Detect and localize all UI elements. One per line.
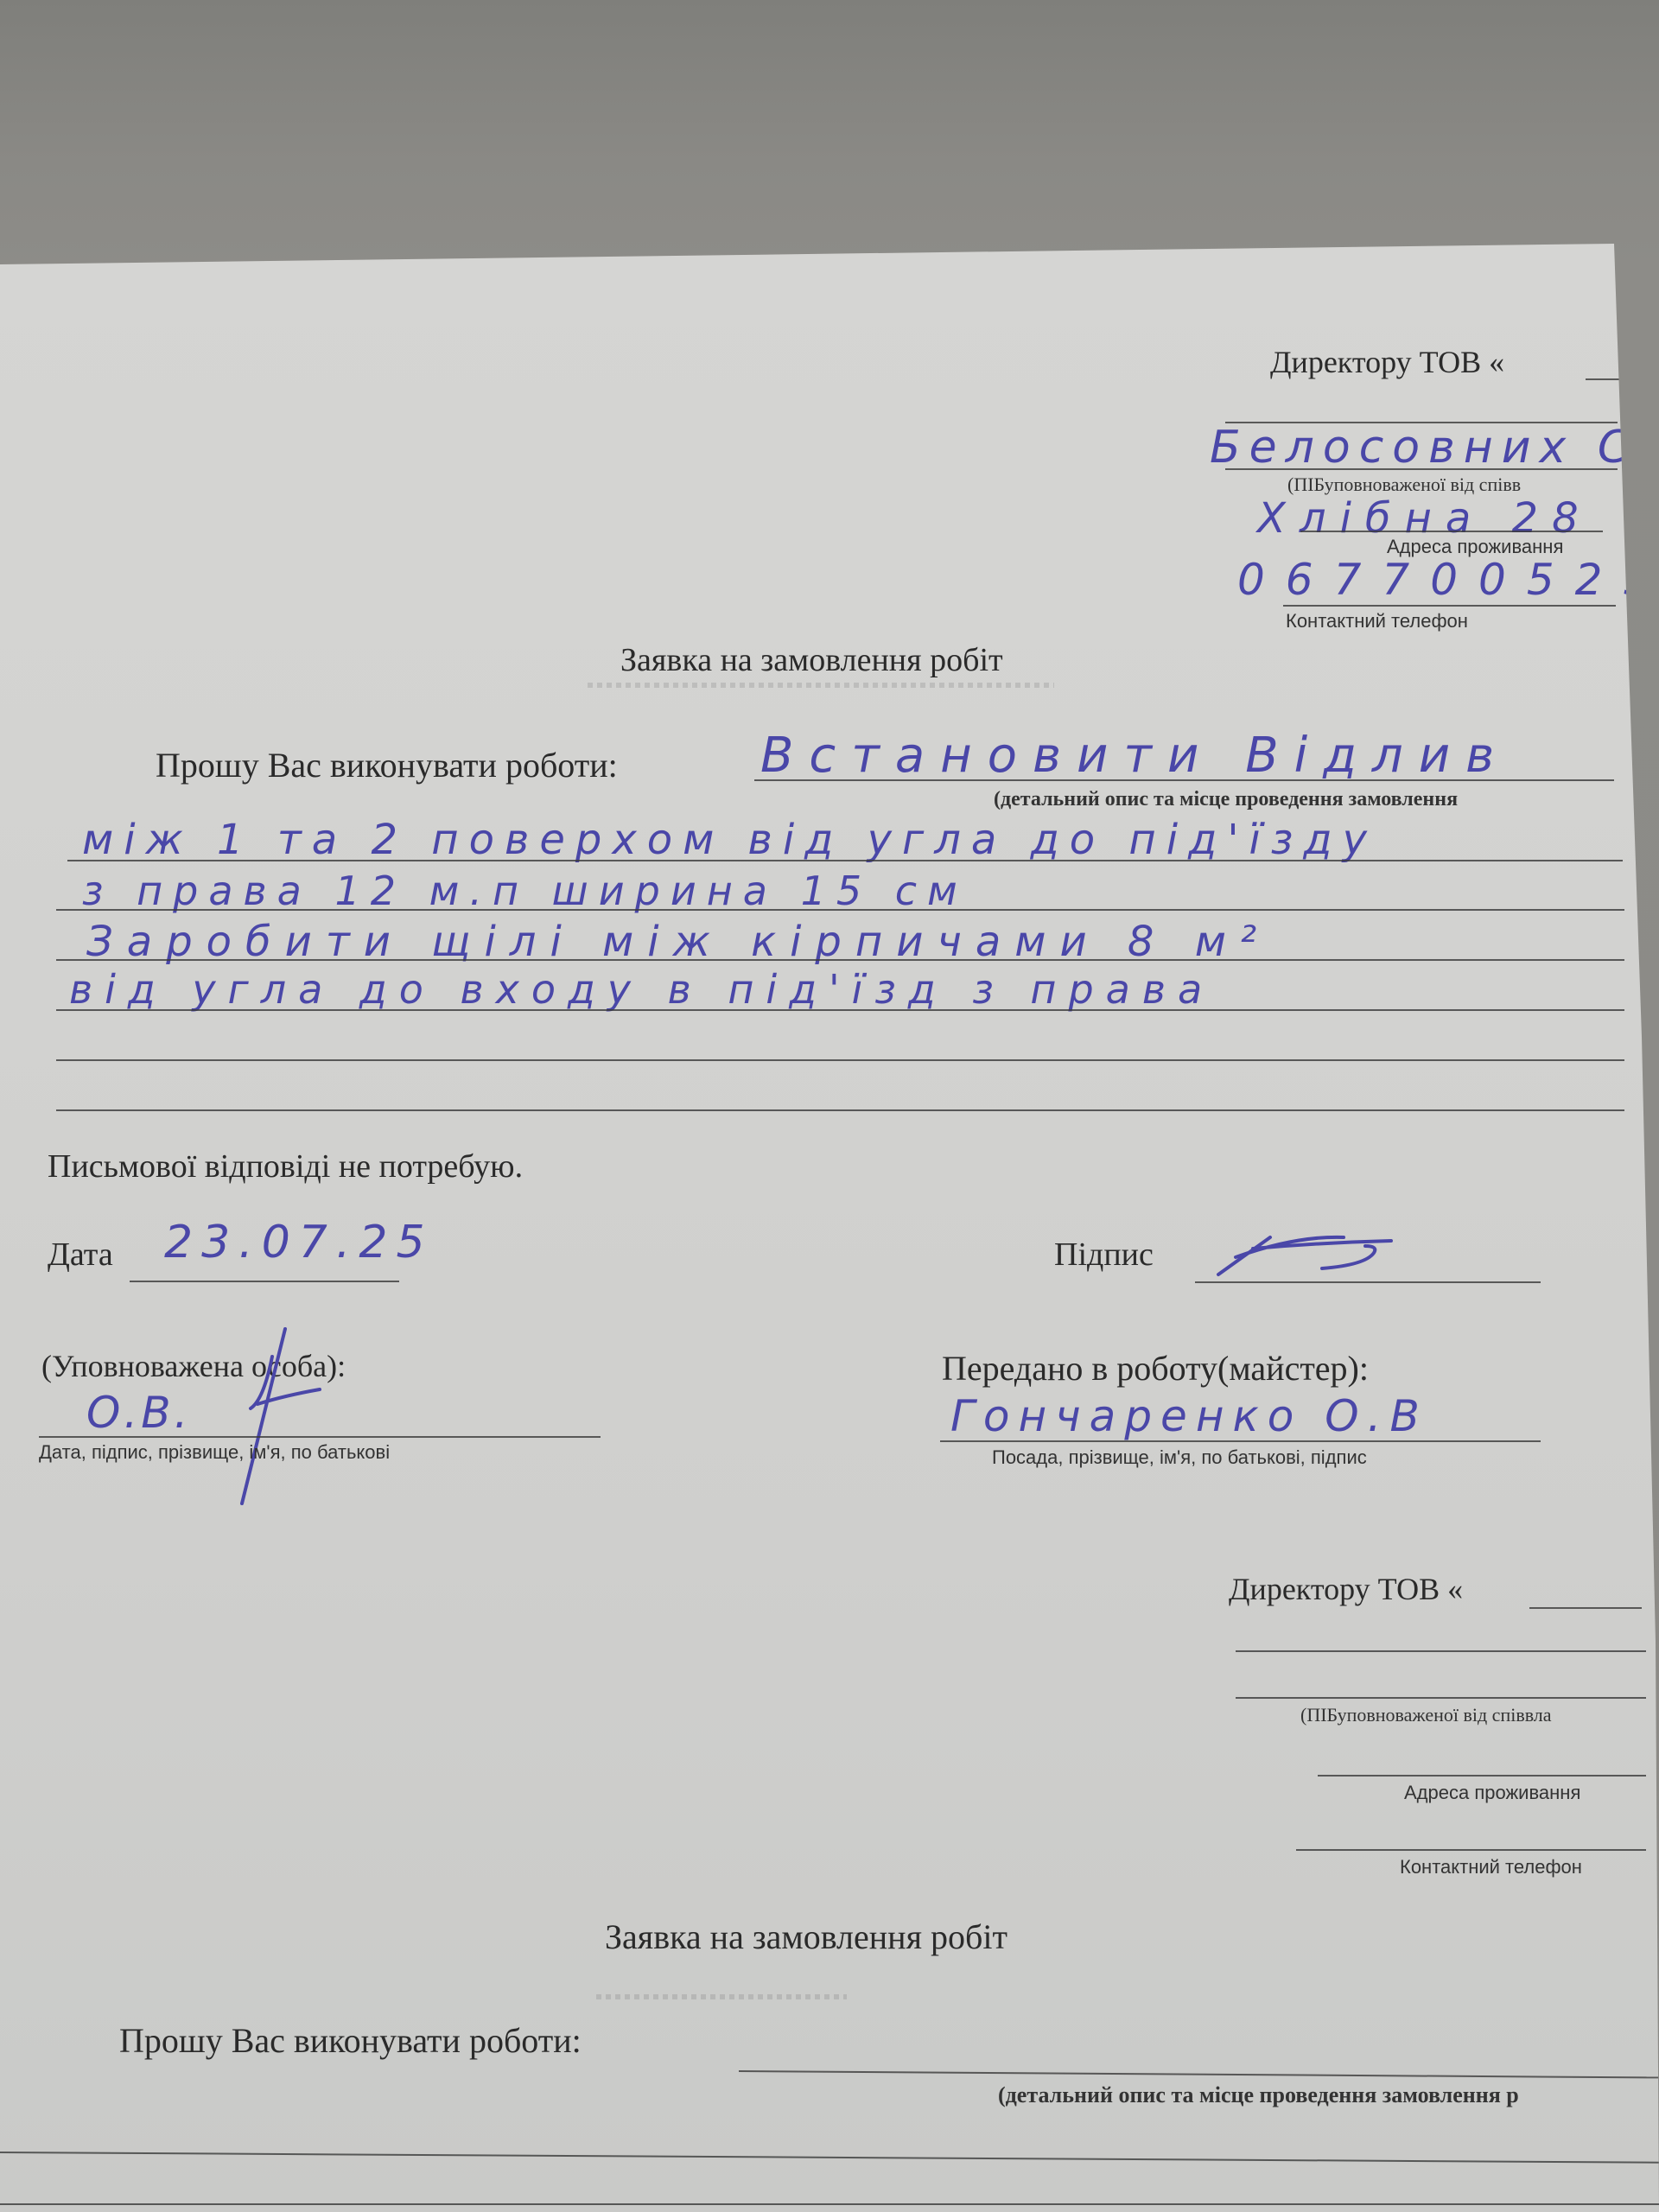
director-label: Директору ТОВ « — [1270, 344, 1504, 380]
form2-name-caption: (ПІБуповноваженої від співвла — [1300, 1704, 1552, 1726]
phone-line — [1283, 605, 1616, 607]
request-first-line: Встановити Відлив — [760, 728, 1510, 784]
form2-company-line — [1529, 1607, 1642, 1609]
authorized-caption: Дата, підпис, прізвище, ім'я, по батьков… — [39, 1441, 390, 1464]
request-line-2: з права 12 м.п ширина 15 см — [82, 868, 968, 914]
bleed-through-print — [588, 683, 1054, 688]
form2-bleed-through — [596, 1994, 847, 1999]
form2-title: Заявка на замовлення робіт — [605, 1916, 1007, 1957]
form2-request-label: Прошу Вас виконувати роботи: — [119, 2020, 582, 2061]
master-label: Передано в роботу(майстер): — [942, 1348, 1369, 1389]
master-caption: Посада, прізвище, ім'я, по батькові, під… — [992, 1446, 1367, 1469]
company-name-line — [1586, 378, 1624, 380]
request-first-underline — [754, 779, 1614, 781]
form2-request-line-2 — [0, 2203, 1659, 2205]
form2-director-label: Директору ТОВ « — [1229, 1571, 1463, 1607]
request-line-4: від угла до входу в під'їзд з права — [69, 966, 1214, 1013]
authorized-signature — [190, 1322, 346, 1512]
table-surface — [0, 0, 1659, 268]
request-underline-1 — [67, 860, 1623, 861]
form2-address-line — [1318, 1775, 1646, 1777]
request-underline-6 — [56, 1109, 1624, 1111]
no-reply-note: Письмової відповіді не потребую. — [48, 1147, 523, 1185]
applicant-signature — [1192, 1227, 1486, 1287]
applicant-name-caption: (ПІБуповноваженої від співв — [1287, 474, 1521, 496]
form2-phone-caption: Контактний телефон — [1400, 1856, 1582, 1878]
phone-value: 0677005257 — [1237, 555, 1659, 605]
date-label: Дата — [48, 1236, 113, 1274]
applicant-name-underline — [1225, 468, 1618, 470]
authorized-underline — [39, 1436, 601, 1438]
signature-label: Підпис — [1054, 1236, 1154, 1274]
request-caption: (детальний опис та місце проведення замо… — [994, 788, 1458, 811]
authorized-value: О.В. — [86, 1388, 191, 1438]
form2-address-caption: Адреса проживання — [1404, 1782, 1580, 1804]
applicant-name-value: Белосовних С.А — [1210, 422, 1659, 474]
request-underline-3 — [56, 959, 1624, 961]
form2-name-line-1 — [1236, 1650, 1646, 1652]
paper-sheet: Директору ТОВ « Белосовних С.А (ПІБуповн… — [0, 0, 1659, 2212]
form2-name-line-2 — [1236, 1697, 1646, 1699]
phone-caption: Контактний телефон — [1286, 610, 1468, 632]
request-underline-5 — [56, 1059, 1624, 1061]
date-underline — [130, 1281, 399, 1282]
form2-request-caption: (детальний опис та місце проведення замо… — [998, 2082, 1519, 2108]
master-underline — [940, 1440, 1541, 1442]
request-line-1: між 1 та 2 поверхом від угла до під'їзду — [82, 816, 1377, 864]
form2-phone-line — [1296, 1849, 1646, 1851]
master-value: Гончаренко О.В — [950, 1391, 1428, 1441]
date-value: 23.07.25 — [164, 1217, 434, 1268]
request-underline-4 — [56, 1009, 1624, 1011]
form-title: Заявка на замовлення робіт — [620, 641, 1003, 679]
signature-underline — [1195, 1281, 1541, 1283]
form2-request-line-1 — [0, 2152, 1659, 2164]
address-line — [1300, 531, 1603, 532]
request-label: Прошу Вас виконувати роботи: — [156, 745, 618, 785]
form2-request-underline — [739, 2070, 1659, 2078]
request-underline-2 — [56, 909, 1624, 911]
